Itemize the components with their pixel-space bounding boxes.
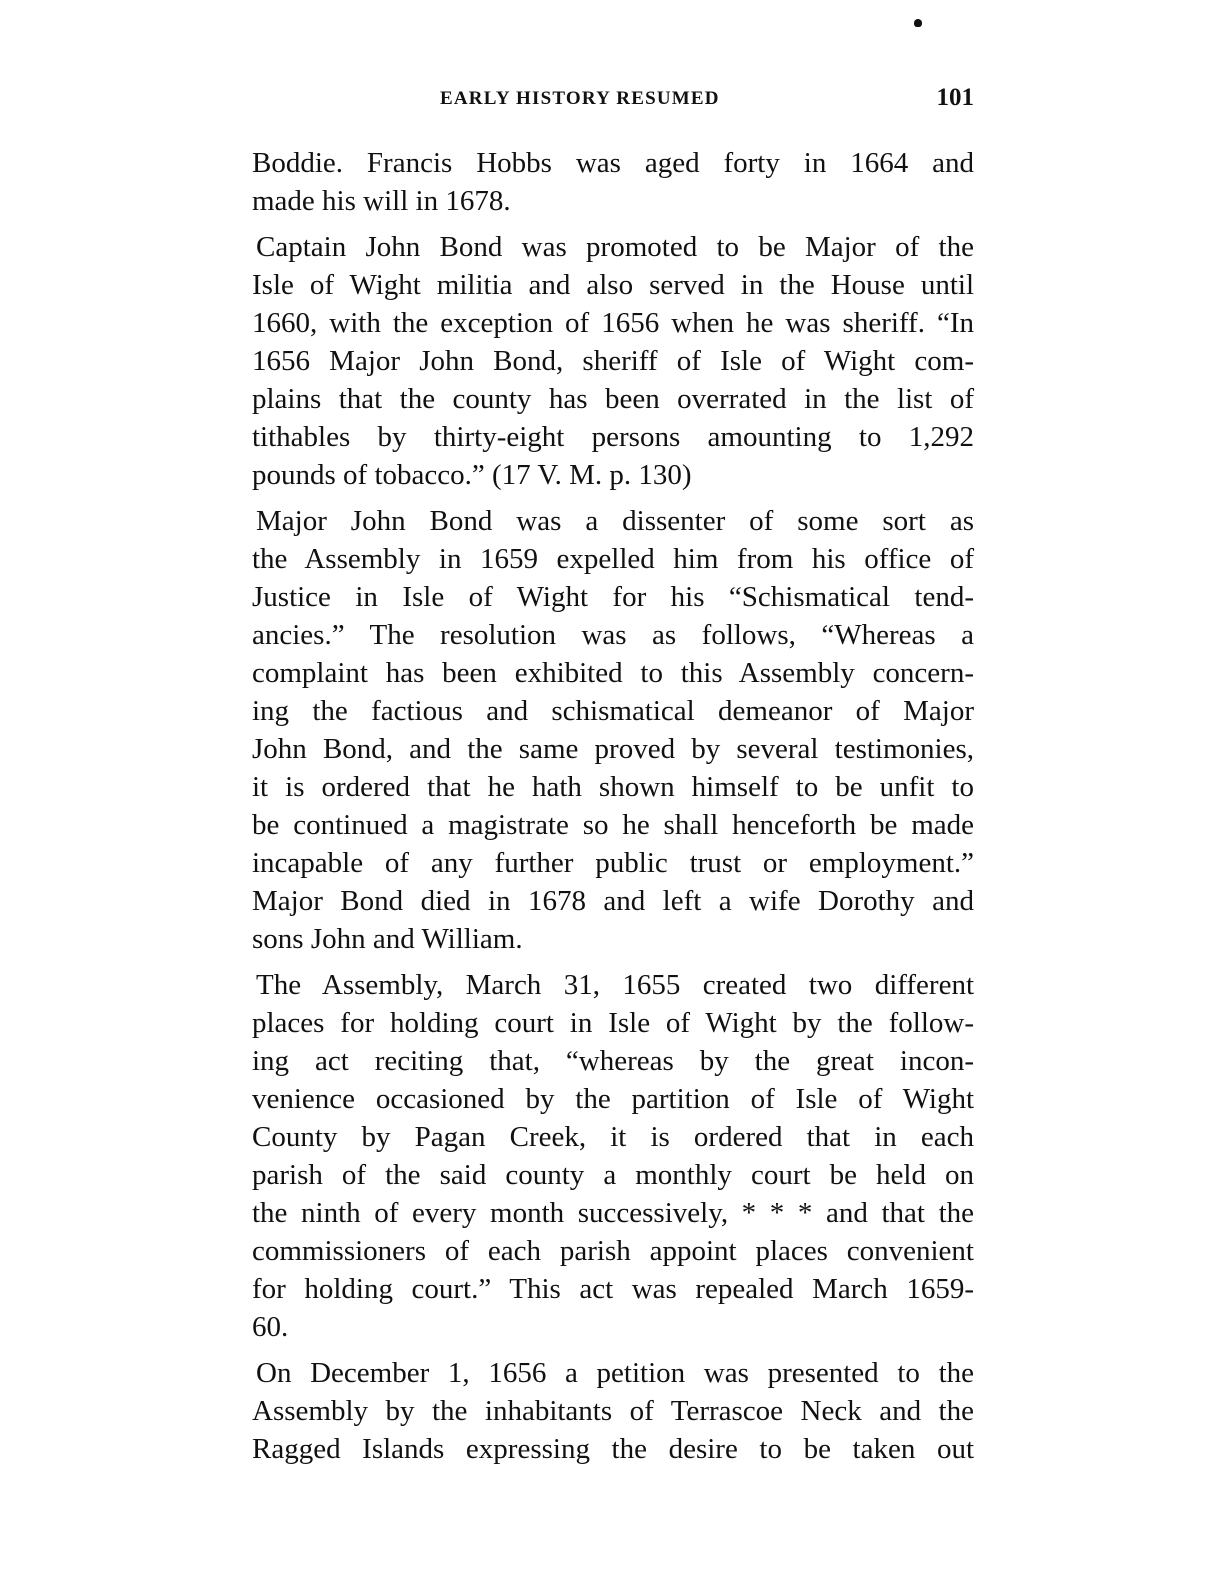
text-line: parish of the said county a monthly cour… [252, 1156, 974, 1194]
text-line: commissioners of each parish appoint pla… [252, 1232, 974, 1270]
text-line: 60. [252, 1308, 974, 1346]
paragraph-4: The Assembly, March 31, 1655 created two… [252, 966, 974, 1346]
text-line: ing the factious and schismatical demean… [252, 692, 974, 730]
text-line: John Bond, and the same proved by severa… [252, 730, 974, 768]
paragraph-2: Captain John Bond was promoted to be Maj… [252, 228, 974, 494]
text-line: plains that the county has been overrate… [252, 380, 974, 418]
text-line: the Assembly in 1659 expelled him from h… [252, 540, 974, 578]
page-body: Boddie. Francis Hobbs was aged forty in … [252, 144, 974, 1476]
text-line: the ninth of every month successively, *… [252, 1194, 974, 1232]
text-line: made his will in 1678. [252, 182, 974, 220]
scan-speck [914, 19, 922, 27]
text-line: Captain John Bond was promoted to be Maj… [252, 228, 974, 266]
text-line: County by Pagan Creek, it is ordered tha… [252, 1118, 974, 1156]
text-line: for holding court.” This act was repeale… [252, 1270, 974, 1308]
text-line: Major Bond died in 1678 and left a wife … [252, 882, 974, 920]
running-header: EARLY HISTORY RESUMED 101 [252, 84, 974, 114]
text-line: complaint has been exhibited to this Ass… [252, 654, 974, 692]
text-line: Assembly by the inhabitants of Terrascoe… [252, 1392, 974, 1430]
text-line: 1656 Major John Bond, sheriff of Isle of… [252, 342, 974, 380]
paragraph-5: On December 1, 1656 a petition was prese… [252, 1354, 974, 1468]
running-title: EARLY HISTORY RESUMED [440, 88, 720, 110]
text-line: Justice in Isle of Wight for his “Schism… [252, 578, 974, 616]
text-line: Ragged Islands expressing the desire to … [252, 1430, 974, 1468]
page-number: 101 [937, 84, 975, 112]
text-line: be continued a magistrate so he shall he… [252, 806, 974, 844]
text-line: pounds of tobacco.” (17 V. M. p. 130) [252, 456, 974, 494]
text-line: places for holding court in Isle of Wigh… [252, 1004, 974, 1042]
paragraph-3: Major John Bond was a dissenter of some … [252, 502, 974, 958]
text-line: Isle of Wight militia and also served in… [252, 266, 974, 304]
text-line: it is ordered that he hath shown himself… [252, 768, 974, 806]
text-line: incapable of any further public trust or… [252, 844, 974, 882]
text-line: ancies.” The resolution was as follows, … [252, 616, 974, 654]
text-line: 1660, with the exception of 1656 when he… [252, 304, 974, 342]
text-line: The Assembly, March 31, 1655 created two… [252, 966, 974, 1004]
text-line: venience occasioned by the partition of … [252, 1080, 974, 1118]
text-line: Major John Bond was a dissenter of some … [252, 502, 974, 540]
text-line: sons John and William. [252, 920, 974, 958]
text-line: ing act reciting that, “whereas by the g… [252, 1042, 974, 1080]
text-line: On December 1, 1656 a petition was prese… [252, 1354, 974, 1392]
text-line: Boddie. Francis Hobbs was aged forty in … [252, 144, 974, 182]
paragraph-1: Boddie. Francis Hobbs was aged forty in … [252, 144, 974, 220]
text-line: tithables by thirty-eight persons amount… [252, 418, 974, 456]
